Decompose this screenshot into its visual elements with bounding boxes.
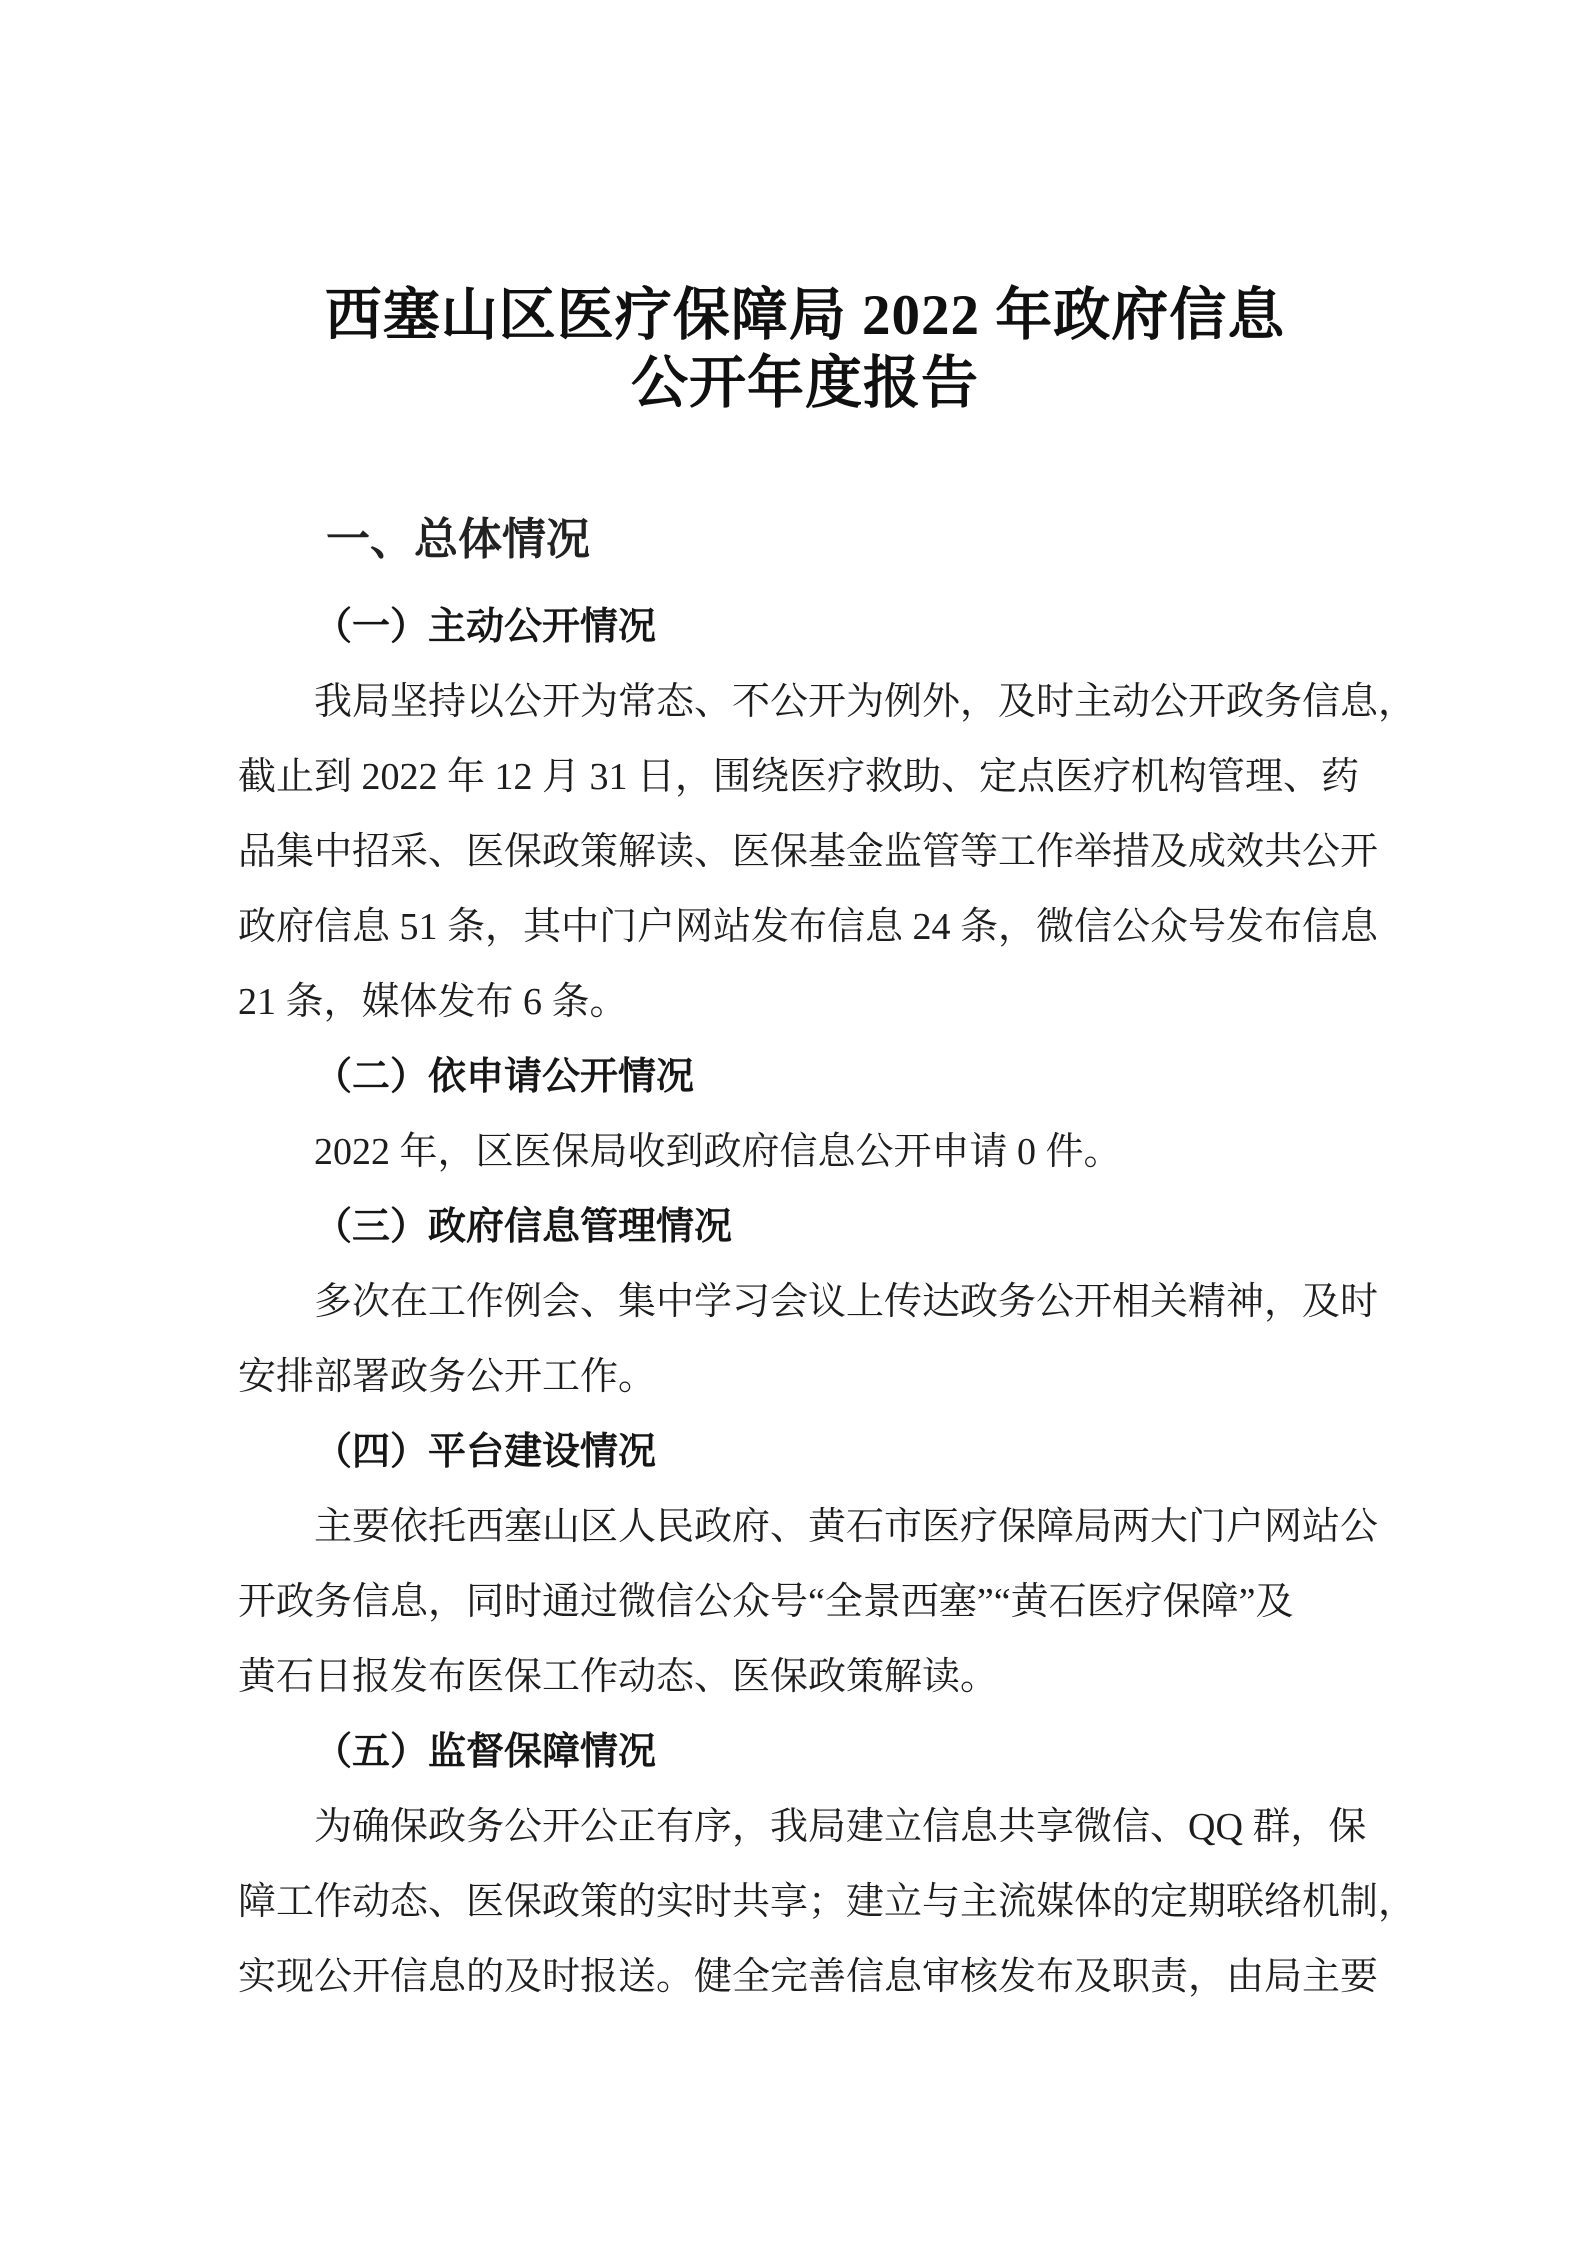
paragraph-line: 政府信息 51 条，其中门户网站发布信息 24 条，微信公众号发布信息 <box>238 890 1348 965</box>
paragraph-line: 为确保政务公开公正有序，我局建立信息共享微信、QQ 群，保 <box>238 1790 1348 1865</box>
subsection-heading-information-management: （三）政府信息管理情况 <box>238 1190 1348 1265</box>
paragraph-line: 安排部署政务公开工作。 <box>238 1340 1348 1415</box>
paragraph-line: 黄石日报发布医保工作动态、医保政策解读。 <box>238 1640 1348 1715</box>
paragraph-line: 主要依托西塞山区人民政府、黄石市医疗保障局两大门户网站公 <box>238 1490 1348 1565</box>
doc-title-line-1: 西塞山区医疗保障局 2022 年政府信息 <box>250 282 1360 350</box>
paragraph-line: 我局坚持以公开为常态、不公开为例外，及时主动公开政务信息， <box>238 665 1348 740</box>
section-heading-overall-situation: 一、总体情况 <box>238 510 1348 570</box>
paragraph-line: 21 条，媒体发布 6 条。 <box>238 965 1348 1040</box>
subsection-heading-disclosure-upon-request: （二）依申请公开情况 <box>238 1040 1348 1115</box>
doc-title: 西塞山区医疗保障局 2022 年政府信息 公开年度报告 <box>250 282 1360 418</box>
subsection-heading-platform-construction: （四）平台建设情况 <box>238 1415 1348 1490</box>
subsection-heading-supervision-guarantee: （五）监督保障情况 <box>238 1715 1348 1790</box>
paragraph-line: 品集中招采、医保政策解读、医保基金监管等工作举措及成效共公开 <box>238 815 1348 890</box>
document-page: 西塞山区医疗保障局 2022 年政府信息 公开年度报告 一、总体情况 （一）主动… <box>0 0 1587 2245</box>
document-body: （一）主动公开情况 我局坚持以公开为常态、不公开为例外，及时主动公开政务信息， … <box>238 590 1348 2015</box>
paragraph-line: 障工作动态、医保政策的实时共享；建立与主流媒体的定期联络机制， <box>238 1865 1348 1940</box>
paragraph-line: 截止到 2022 年 12 月 31 日，围绕医疗救助、定点医疗机构管理、药 <box>238 740 1348 815</box>
paragraph-line: 实现公开信息的及时报送。健全完善信息审核发布及职责，由局主要 <box>238 1940 1348 2015</box>
doc-title-line-2: 公开年度报告 <box>250 350 1360 418</box>
subsection-heading-proactive-disclosure: （一）主动公开情况 <box>238 590 1348 665</box>
paragraph-line: 开政务信息，同时通过微信公众号“全景西塞”“黄石医疗保障”及 <box>238 1565 1348 1640</box>
paragraph-line: 多次在工作例会、集中学习会议上传达政务公开相关精神，及时 <box>238 1265 1348 1340</box>
paragraph-line: 2022 年，区医保局收到政府信息公开申请 0 件。 <box>238 1115 1348 1190</box>
